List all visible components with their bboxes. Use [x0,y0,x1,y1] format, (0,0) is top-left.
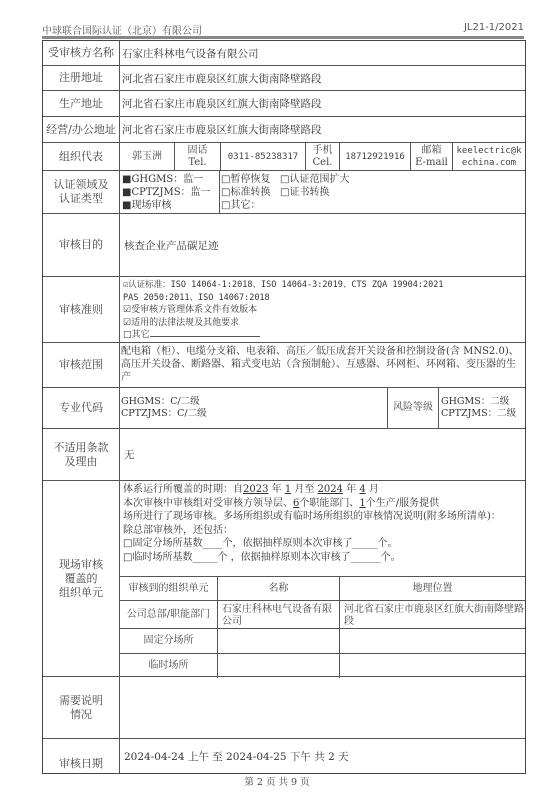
org-units-table: 审核到的组织单元 名称 地理位置 公司总部/职能部门 石家庄科林电气设备有限公司… [120,576,525,678]
month-to: 4 [359,484,365,495]
label: 组织代表 [43,143,120,170]
label: 注册地址 [43,66,120,90]
rep-name: 郭玉洲 [120,143,175,170]
row-not-applicable: 不适用条款及理由 无 [43,429,525,481]
page-number: 第 2 页 共 9 页 [0,774,554,788]
temp-site-checkbox[interactable]: □临时场所基数_____个 ，依据抽样原则本次审核了______个。 [123,551,521,565]
criteria-item: ☑受审核方管理体系文件有效版本 [123,304,521,317]
office-address: 河北省石家庄市鹿泉区红旗大街南降壁路段 [120,117,525,142]
label: 经营/办公地址 [43,117,120,142]
label: 审核目的 [43,214,120,276]
onsite-description: 体系运行所覆盖的时期：自2023 年 1 月至 2024 年 4 月 本次审核中… [123,483,521,564]
row-scope: 审核范围 配电箱（柜）、电缆分支箱、电表箱、高压／低压成套开关设备和控制设备(含… [43,343,525,388]
label: 生产地址 [43,91,120,116]
label: 不适用条款及理由 [43,429,120,480]
risk-label: 风险等级 [387,388,439,428]
row-auditee: 受审核方名称 石家庄科林电气设备有限公司 [43,41,525,66]
criteria-item: □其它 [123,329,521,342]
label: 专业代码 [43,388,120,428]
email-value: keelectric@kechina.com [453,143,525,170]
label: 现场审核覆盖的组织单元 [43,481,120,676]
org-unit-row: 固定分场所 [120,629,525,654]
audit-date: 2024-04-24 上午 至 2024-04-25 下午 共 2 天 [120,739,525,773]
scope-checked-list: ■GHGMS：监一 ■CPTZJMS：监一 ■现场审核 [122,173,211,212]
scope-value: 配电箱（柜）、电缆分支箱、电表箱、高压／低压成套开关设备和控制设备(含 MNS2… [121,345,521,384]
email-label: 邮箱E-mail [411,143,453,170]
criteria-item: ☑适用的法律法规及其他要求 [123,317,521,330]
label: 审核日期 [43,739,120,773]
org-unit-row: 临时场所 [120,654,525,678]
row-code: 专业代码 GHGMS：C/二级 CPTZJMS：C/二级 风险等级 GHGMS：… [43,388,525,429]
header-form-code: JL21-1/2021 [464,22,524,33]
label: 审核准则 [43,277,120,342]
auditee-name: 石家庄科林电气设备有限公司 [120,41,525,65]
na-value: 无 [120,429,525,480]
row-notes: 需要说明情况 [43,677,525,739]
scope-check: ■CPTZJMS：监一 [122,186,211,199]
row-date: 审核日期 2024-04-24 上午 至 2024-04-25 下午 共 2 天 [43,739,525,773]
year-from: 2023 [243,484,268,495]
risk-values: GHGMS：二级 CPTZJMS：二级 [441,396,516,420]
criteria-item: ☑认证标准：ISO 14064-1:2018、ISO 14064-3:2019、… [123,279,521,292]
audit-plan-table: 受审核方名称 石家庄科林电气设备有限公司 注册地址 河北省石家庄市鹿泉区红旗大街… [42,40,526,774]
option-checkbox[interactable]: □暂停恢复 [221,174,270,185]
fixed-site-checkbox[interactable]: □固定分场所基数____个，依据抽样原则本次审核了_____个。 [123,537,521,551]
option-checkbox[interactable]: □标准转换 [221,187,270,198]
criteria-item: PAS 2050:2011、ISO 14067:2018 [123,292,521,305]
prod-address: 河北省石家庄市鹿泉区红旗大街南降壁路段 [120,91,525,116]
cel-label: 手机Cel. [306,143,340,170]
notes-value [120,677,525,738]
reg-address: 河北省石家庄市鹿泉区红旗大街南降壁路段 [120,66,525,90]
tel-value: 0311-85238317 [221,143,306,170]
row-criteria: 审核准则 ☑认证标准：ISO 14064-1:2018、ISO 14064-3:… [43,277,525,343]
label: 受审核方名称 [43,41,120,65]
org-units-header: 审核到的组织单元 名称 地理位置 [120,577,525,601]
scope-check: ■现场审核 [122,199,211,212]
tel-label: 固话Tel. [175,143,221,170]
option-checkbox[interactable]: □其它： [221,200,260,211]
scope-options: □暂停恢复 □认证范围扩大 □标准转换 □证书转换 □其它： [221,173,349,212]
row-representative: 组织代表 郭玉洲 固话Tel. 0311-85238317 手机Cel. 187… [43,143,525,171]
label: 审核范围 [43,343,120,387]
year-to: 2024 [318,484,343,495]
label: 需要说明情况 [43,677,120,738]
row-office-addr: 经营/办公地址 河北省石家庄市鹿泉区红旗大街南降壁路段 [43,117,525,143]
label: 认证领域及认证类型 [43,171,120,213]
row-onsite: 现场审核覆盖的组织单元 体系运行所覆盖的时期：自2023 年 1 月至 2024… [43,481,525,677]
criteria-list: ☑认证标准：ISO 14064-1:2018、ISO 14064-3:2019、… [123,279,521,342]
month-from: 1 [285,484,291,495]
header-divider [42,36,524,39]
row-prod-addr: 生产地址 河北省石家庄市鹿泉区红旗大街南降壁路段 [43,91,525,117]
code-values: GHGMS：C/二级 CPTZJMS：C/二级 [121,396,207,420]
row-reg-addr: 注册地址 河北省石家庄市鹿泉区红旗大街南降壁路段 [43,66,525,91]
header-org: 中球联合国际认证（北京）有限公司 [42,22,202,37]
row-scope-type: 认证领域及认证类型 ■GHGMS：监一 ■CPTZJMS：监一 ■现场审核 □暂… [43,171,525,214]
option-checkbox[interactable]: □认证范围扩大 [280,174,349,185]
cel-value: 18712921916 [340,143,411,170]
org-unit-row: 公司总部/职能部门 石家庄科林电气设备有限公司 河北省石家庄市鹿泉区红旗大街南降… [120,601,525,629]
row-purpose: 审核目的 核查企业产品碳足迹 [43,214,525,277]
option-checkbox[interactable]: □证书转换 [280,187,329,198]
purpose-value: 核查企业产品碳足迹 [120,214,525,276]
scope-check: ■GHGMS：监一 [122,173,211,186]
